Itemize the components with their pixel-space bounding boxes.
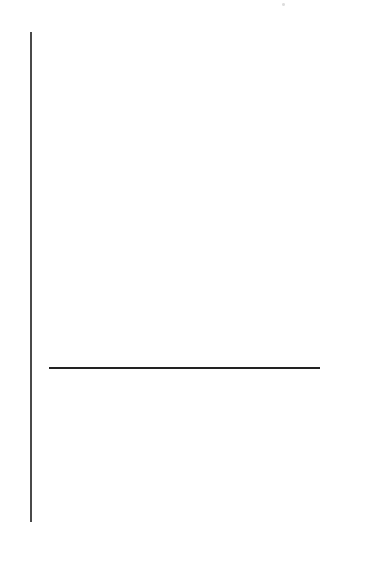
pub-row-sheets: [49, 454, 95, 464]
title-rule: [49, 367, 320, 369]
pub-row-publisher: [49, 376, 87, 386]
pub-row-wordcount: [49, 467, 95, 477]
pub-row-edition: [49, 480, 95, 490]
credit-project-design: [49, 247, 55, 257]
pub-row-format: [49, 441, 95, 451]
left-margin-rule: [30, 32, 32, 522]
pub-row-distribution: [49, 428, 95, 438]
pub-row-printer: [49, 415, 95, 425]
scan-speck: [282, 3, 285, 6]
pub-row-address: [49, 389, 95, 399]
